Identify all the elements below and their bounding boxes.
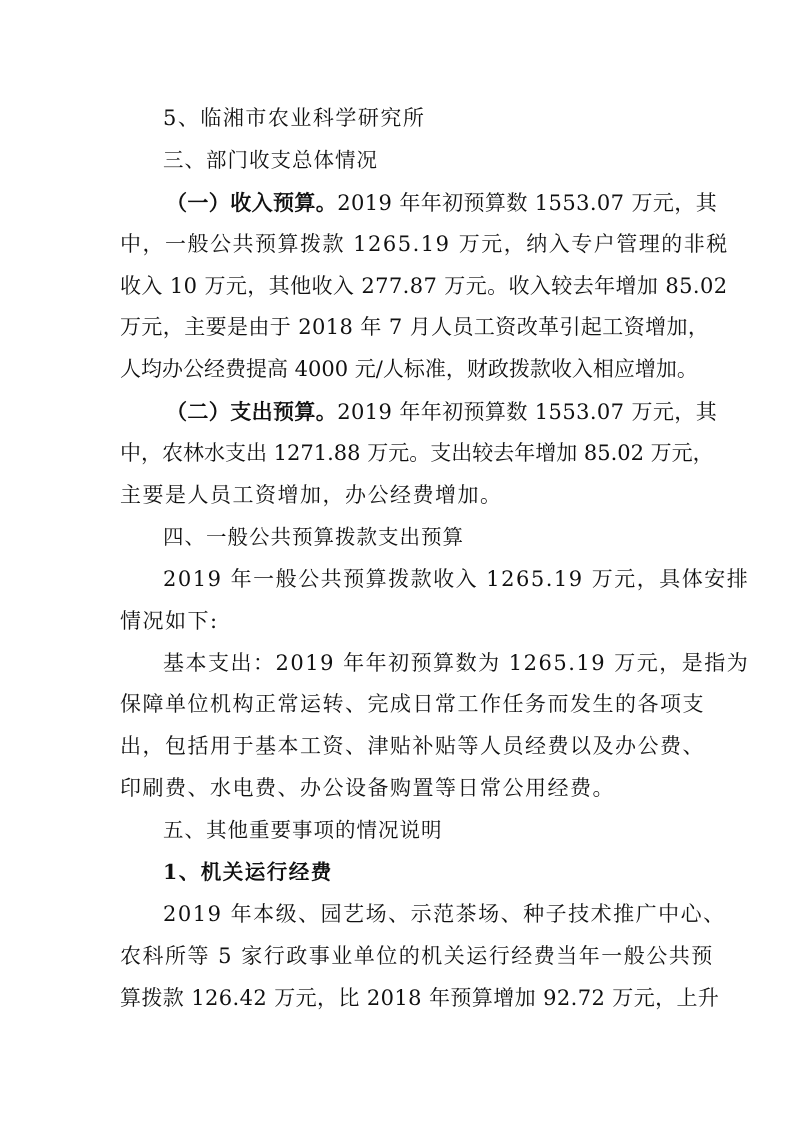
basic-expense-line-3: 出，包括用于基本工资、津贴补贴等人员经费以及办公费、	[120, 726, 673, 768]
line-text: 2019 年一般公共预算拨款收入 1265.19 万元，具体安排	[163, 567, 749, 591]
heading-text: 1、机关运行经费	[163, 860, 333, 884]
expense-budget-line-1: （二）支出预算。2019 年年初预算数 1553.07 万元，其	[120, 391, 673, 433]
income-budget-line-4: 万元，主要是由于 2018 年 7 月人员工资改革引起工资增加，	[120, 307, 673, 349]
heading-text: 三、部门收支总体情况	[163, 148, 378, 172]
line-text: 印刷费、水电费、办公设备购置等日常公用经费。	[120, 776, 615, 800]
line-text: 5、临湘市农业科学研究所	[163, 106, 425, 130]
expense-budget-line-3: 主要是人员工资增加，办公经费增加。	[120, 475, 673, 517]
section-heading-3: 三、部门收支总体情况	[120, 140, 673, 182]
line-text: 万元，主要是由于 2018 年 7 月人员工资改革引起工资增加，	[120, 315, 709, 339]
line-text: 人均办公经费提高 4000 元/人标准，财政拨款收入相应增加。	[120, 357, 698, 381]
line-text: 保障单位机构正常运转、完成日常工作任务而发生的各项支	[120, 692, 705, 716]
list-item-agri-research-institute: 5、临湘市农业科学研究所	[120, 98, 673, 140]
income-budget-line-2: 中，一般公共预算拨款 1265.19 万元，纳入专户管理的非税	[120, 224, 673, 266]
line-text: 2019 年年初预算数 1553.07 万元，其	[337, 191, 717, 215]
expense-budget-label: （二）支出预算。	[166, 399, 337, 424]
basic-expense-line-2: 保障单位机构正常运转、完成日常工作任务而发生的各项支	[120, 684, 673, 726]
income-budget-line-5: 人均办公经费提高 4000 元/人标准，财政拨款收入相应增加。	[120, 349, 673, 391]
line-text: 2019 年本级、园艺场、示范茶场、种子技术推广中心、	[163, 902, 726, 926]
subsection-heading-operating-costs: 1、机关运行经费	[120, 852, 673, 894]
line-text: 算拨款 126.42 万元，比 2018 年预算增加 92.72 万元，上升	[120, 986, 719, 1010]
line-text: 主要是人员工资增加，办公经费增加。	[120, 483, 503, 507]
heading-text: 五、其他重要事项的情况说明	[163, 818, 443, 842]
line-text: 收入 10 万元，其他收入 277.87 万元。收入较去年增加 85.02	[120, 274, 728, 298]
line-text: 基本支出：2019 年年初预算数为 1265.19 万元，是指为	[163, 651, 749, 675]
operating-costs-line-3: 算拨款 126.42 万元，比 2018 年预算增加 92.72 万元，上升	[120, 978, 673, 1020]
line-text: 2019 年年初预算数 1553.07 万元，其	[337, 400, 717, 424]
income-budget-label: （一）收入预算。	[166, 190, 337, 215]
section-heading-5: 五、其他重要事项的情况说明	[120, 810, 673, 852]
general-budget-line-2: 情况如下:	[120, 601, 673, 643]
document-page: 5、临湘市农业科学研究所 三、部门收支总体情况 （一）收入预算。2019 年年初…	[120, 98, 673, 1020]
general-budget-line-1: 2019 年一般公共预算拨款收入 1265.19 万元，具体安排	[120, 559, 673, 601]
basic-expense-line-1: 基本支出：2019 年年初预算数为 1265.19 万元，是指为	[120, 643, 673, 685]
basic-expense-line-4: 印刷费、水电费、办公设备购置等日常公用经费。	[120, 768, 673, 810]
line-text: 中，一般公共预算拨款 1265.19 万元，纳入专户管理的非税	[120, 232, 729, 256]
line-text: 出，包括用于基本工资、津贴补贴等人员经费以及办公费、	[120, 734, 705, 758]
expense-budget-line-2: 中，农林水支出 1271.88 万元。支出较去年增加 85.02 万元，	[120, 433, 673, 475]
heading-text: 四、一般公共预算拨款支出预算	[163, 525, 464, 549]
operating-costs-line-1: 2019 年本级、园艺场、示范茶场、种子技术推广中心、	[120, 894, 673, 936]
income-budget-line-3: 收入 10 万元，其他收入 277.87 万元。收入较去年增加 85.02	[120, 266, 673, 308]
line-text: 中，农林水支出 1271.88 万元。支出较去年增加 85.02 万元，	[120, 441, 714, 465]
line-text: 农科所等 5 家行政事业单位的机关运行经费当年一般公共预	[120, 944, 714, 968]
income-budget-line-1: （一）收入预算。2019 年年初预算数 1553.07 万元，其	[120, 182, 673, 224]
line-text: 情况如下:	[120, 609, 219, 633]
operating-costs-line-2: 农科所等 5 家行政事业单位的机关运行经费当年一般公共预	[120, 936, 673, 978]
section-heading-4: 四、一般公共预算拨款支出预算	[120, 517, 673, 559]
